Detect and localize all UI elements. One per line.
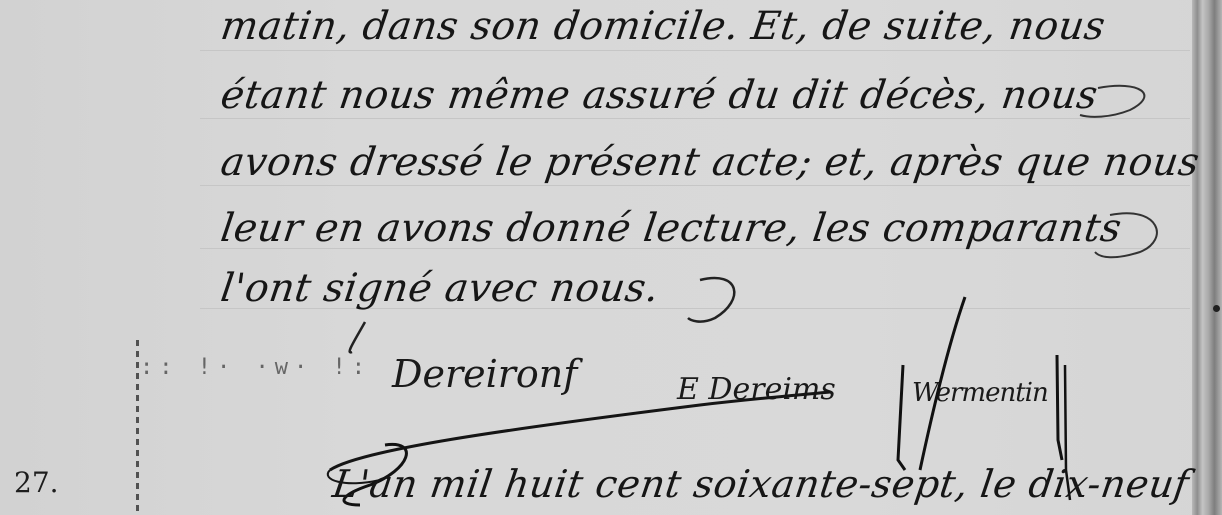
ruled-line [200,50,1190,51]
ruled-line [200,185,1190,186]
margin-stamp-marks: :: !· ·w· !: [140,355,371,380]
ink-spot [1213,305,1220,312]
text-line-5: l'ont signé avec nous. [218,266,662,311]
ruled-line [200,118,1190,119]
text-line-4: leur en avons donné lecture, les compara… [218,206,1124,251]
text-line-3: avons dressé le présent acte; et, après … [218,140,1202,185]
page-binding-edge [1192,0,1222,515]
signature-1: Dereironf [392,352,577,396]
entry-number: 27. [14,466,59,499]
left-margin-line [136,340,139,515]
text-line-1: matin, dans son domicile. Et, de suite, … [218,4,1108,49]
signature-2: E Dereims [677,372,836,407]
signature-3: Wermentin [912,378,1048,408]
text-line-2: étant nous même assuré du dit décès, nou… [218,73,1101,118]
scanned-register-page: matin, dans son domicile. Et, de suite, … [0,0,1222,515]
next-entry-opening-line: L'an mil huit cent soixante-sept, le dix… [330,462,1192,506]
